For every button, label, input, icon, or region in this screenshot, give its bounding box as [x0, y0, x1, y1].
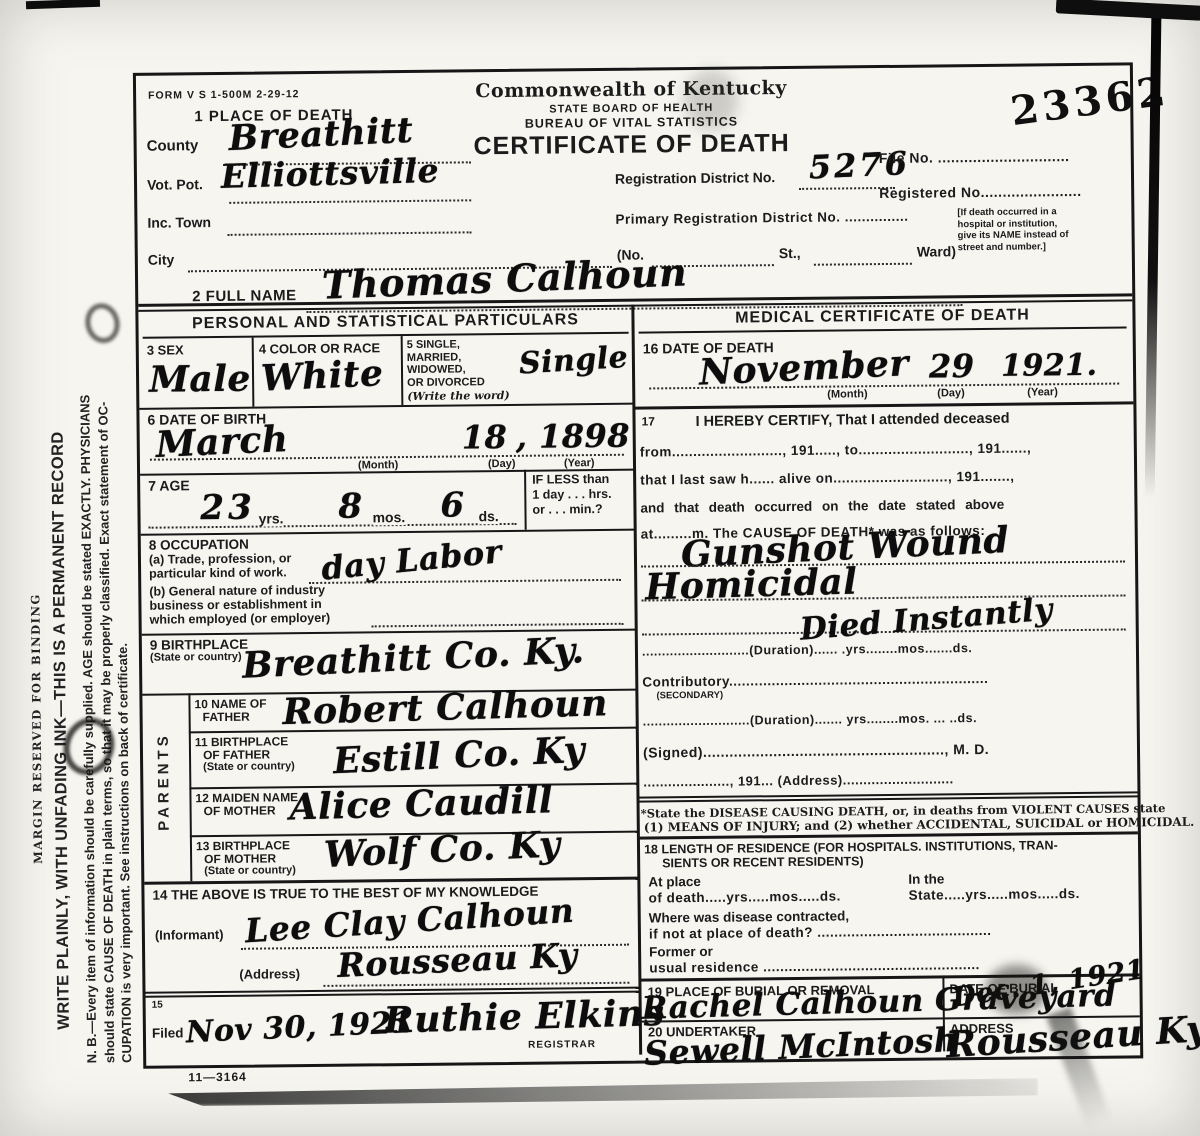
age-ifless-divider — [524, 470, 527, 530]
dob-day-caption: (Day) — [488, 458, 516, 470]
scan-content: MARGIN RESERVED FOR BINDING WRITE PLAINL… — [0, 0, 1200, 1136]
ward-label: Ward) — [917, 243, 956, 259]
mother-bp-caption: (State or country) — [204, 864, 296, 877]
age-years-value: 23 — [200, 488, 256, 529]
dod-day-caption: (Day) — [937, 387, 965, 399]
certificate-title: CERTIFICATE OF DEATH — [447, 129, 817, 162]
at-place-label: At place — [648, 874, 701, 890]
duration-line: ...........................(Duration)...… — [642, 639, 1130, 658]
if-less-l1: IF LESS than — [532, 472, 611, 488]
father-name-value: Robert Calhoun — [282, 682, 608, 733]
occupation-a-line1: (a) Trade, profession, or — [149, 551, 292, 566]
marital-label-l3: WIDOWED, — [407, 363, 485, 376]
age-label: 7 AGE — [148, 477, 190, 493]
certify-last-saw-line: that I last saw h...... alive on........… — [640, 467, 1128, 487]
birthplace-value: Breathitt Co. Ky. — [241, 629, 585, 686]
scanned-death-certificate: MARGIN RESERVED FOR BINDING WRITE PLAINL… — [0, 0, 1200, 1136]
death-certificate-form: FORM V S 1-500M 2-29-12 1 PLACE OF DEATH… — [133, 62, 1143, 1068]
primary-district-label: Primary Registration District No. ......… — [615, 209, 908, 227]
signed-line: (Signed)................................… — [643, 739, 1131, 760]
secondary-caption: (SECONDARY) — [656, 690, 723, 702]
margin-binding-note: MARGIN RESERVED FOR BINDING — [28, 593, 45, 864]
if-less-l3: or . . . min.? — [532, 502, 611, 518]
race-marital-divider — [401, 336, 404, 405]
ink-smudge-header — [684, 70, 739, 131]
commonwealth-title: Commonwealth of Kentucky — [466, 77, 796, 102]
certify-from-line: from.........................., 191.....… — [640, 439, 1128, 459]
occupation-a-line2: particular kind of work. — [149, 565, 287, 580]
dob-year-caption: (Year) — [564, 457, 595, 469]
marital-label-l1: 5 SINGLE, — [407, 338, 485, 351]
precinct-label: Vot. Pot. — [147, 176, 203, 193]
if-less-l2: 1 day . . . hrs. — [532, 487, 611, 503]
informant-label: (Informant) — [155, 927, 224, 943]
age-days-value: 6 — [440, 485, 465, 525]
street-label: St., — [779, 245, 801, 261]
plate-code: 11—3164 — [188, 1070, 247, 1085]
age-years-unit: yrs. — [258, 510, 283, 526]
personal-section-title: PERSONAL AND STATISTICAL PARTICULARS — [138, 311, 632, 334]
sex-label: 3 SEX — [147, 342, 184, 357]
mother-bp-value: Wolf Co. Ky — [323, 823, 561, 876]
occupation-b-line3: which employed (or employer) — [150, 611, 331, 627]
file-no-label: File No. .............................. — [879, 148, 1070, 166]
residence-label-l2: SIENTS OR RECENT RESIDENTS) — [662, 854, 864, 870]
city-label: City — [148, 251, 175, 267]
inc-town-label: Inc. Town — [147, 214, 211, 231]
age-months-value: 8 — [338, 486, 363, 526]
marital-label-l2: MARRIED, — [407, 351, 485, 364]
parents-bottom-rule — [144, 877, 638, 885]
filed-date-value: Nov 30, 1921 — [185, 1005, 414, 1050]
former-residence-l1: Former or — [649, 944, 713, 960]
dod-day-value: 29 — [929, 347, 975, 385]
contributory-label: Contributory............................… — [642, 669, 1130, 689]
certificate-stamp-number: 23362 — [1008, 68, 1172, 136]
dod-year-caption: (Year) — [1027, 386, 1058, 398]
filed-label: Filed — [152, 1025, 184, 1040]
marital-label-l4: OR DIVORCED — [407, 376, 485, 389]
filed-number: 15 — [152, 1000, 163, 1011]
certify-number: 17 — [641, 414, 655, 428]
marital-caption: (Write the word) — [407, 389, 509, 403]
dod-year-value: 1921. — [1001, 348, 1098, 384]
age-months-unit: mos. — [372, 509, 405, 525]
sex-race-divider — [252, 338, 255, 407]
form-code: FORM V S 1-500M 2-29-12 — [148, 88, 300, 102]
column-divider — [631, 305, 641, 1055]
contributory-duration-line: ...........................(Duration)...… — [643, 709, 1131, 728]
occupation-b-line — [372, 622, 624, 628]
dob-year-value: , 1898 — [516, 417, 631, 456]
if-less-label: IF LESS than 1 day . . . hrs. or . . . m… — [532, 472, 612, 518]
age-row-rule — [141, 529, 635, 536]
ward-line — [814, 262, 912, 266]
father-bp-value: Estill Co. Ky — [332, 729, 586, 782]
mother-name-value: Alice Caudill — [289, 779, 554, 828]
informant-address-value: Rousseau Ky — [336, 935, 578, 985]
registrar-label: REGISTRAR — [528, 1039, 596, 1051]
at-place-line: of death.....yrs.....mos.....ds. — [648, 888, 840, 905]
birthplace-caption: (State or country) — [150, 651, 242, 664]
hospital-note: [If death occurred in a hospital or inst… — [957, 205, 1129, 253]
parents-vertical-label: PARENTS — [154, 691, 173, 871]
dob-month-caption: (Month) — [358, 459, 398, 471]
precinct-value: Elliottsville — [220, 151, 439, 196]
father-bp-caption: (State or country) — [203, 760, 295, 773]
in-the-label: In the — [908, 871, 944, 886]
medical-section-title: MEDICAL CERTIFICATE OF DEATH — [632, 305, 1132, 328]
signed-address-line: ....................., 191... (Address).… — [643, 769, 1131, 789]
precinct-line — [229, 198, 471, 204]
mother-name-label-l2: OF MOTHER — [204, 803, 276, 818]
race-value: White — [260, 352, 384, 400]
dod-month-caption: (Month) — [827, 388, 867, 400]
contracted-label-l1: Where was disease contracted, — [649, 908, 849, 925]
sex-row-rule — [139, 403, 633, 410]
sex-value: Male — [149, 358, 251, 401]
ink-blot-small — [82, 300, 124, 346]
registration-district-label: Registration District No. — [615, 169, 775, 187]
in-the-state-line: State.....yrs.....mos.....ds. — [908, 886, 1079, 903]
certify-text: I HEREBY CERTIFY, That I attended deceas… — [695, 411, 1009, 430]
inc-town-line — [228, 230, 472, 236]
registered-no-label: Registered No....................... — [879, 183, 1082, 201]
dod-row-rule — [633, 401, 1133, 409]
certify-occurred-line: and that death occurred on the date stat… — [640, 497, 1004, 516]
age-days-unit: ds. — [478, 508, 498, 524]
marital-label: 5 SINGLE, MARRIED, WIDOWED, OR DIVORCED — [407, 338, 485, 389]
registrar-signature: Ruthie Elkins — [383, 992, 665, 1042]
occupation-label: 8 OCCUPATION — [149, 537, 249, 553]
county-label: County — [147, 137, 199, 155]
marital-value: Single — [518, 340, 629, 382]
informant-address-label: (Address) — [239, 966, 300, 982]
father-name-label-l2: FATHER — [203, 710, 250, 724]
dob-day-value: 18 — [462, 418, 508, 456]
hospital-note-line4: street and number.] — [958, 240, 1130, 253]
